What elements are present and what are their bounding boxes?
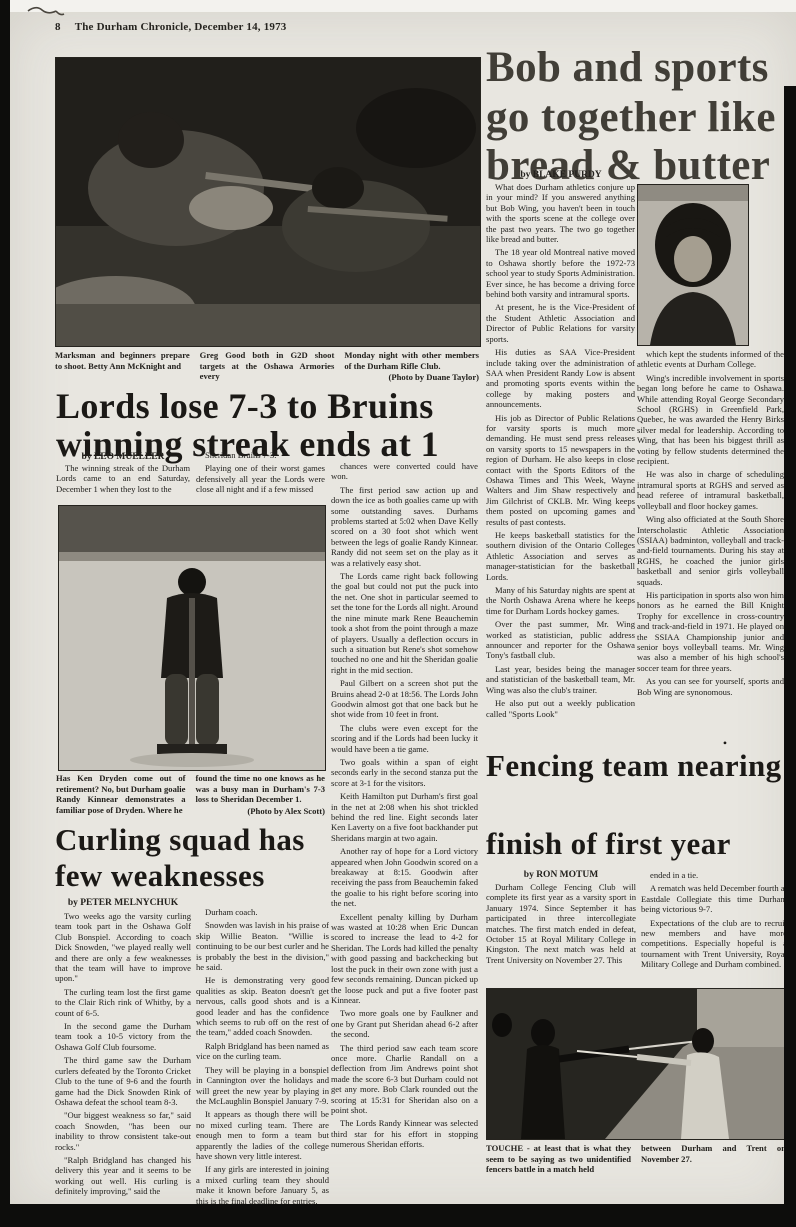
fencing-headline-line1: Fencing team nearing xyxy=(486,750,782,781)
lords-article-column-2: Sheridan Bruins 7-3.Playing one of their… xyxy=(196,450,325,498)
paragraph: The clubs were even except for the scori… xyxy=(331,723,478,754)
scan-edge-bottom xyxy=(0,1204,796,1227)
paragraph: Sheridan Bruins 7-3. xyxy=(196,450,325,460)
lords-byline: by LEO MUELLER xyxy=(56,452,190,462)
fencing-photo xyxy=(486,988,788,1140)
curling-article-column-1: Two weeks ago the varsity curling team t… xyxy=(55,911,191,1200)
fencing-headline-line2: finish of first year xyxy=(486,828,731,859)
paragraph: If any girls are interested in joining a… xyxy=(196,1164,329,1206)
paragraph: As you can see for yourself, sports and … xyxy=(637,676,784,697)
paragraph: The third period saw each team score onc… xyxy=(331,1043,478,1116)
paragraph: "Ralph Bridgland has changed his deliver… xyxy=(55,1155,191,1197)
bob-byline: by BLAKE PURDY xyxy=(486,170,636,180)
photo-credit: (Photo by Duane Taylor) xyxy=(344,372,479,383)
lords-article-column-3: chances were converted could have won.Th… xyxy=(331,461,478,1153)
paragraph: What does Durham athletics conjure up in… xyxy=(486,182,635,244)
paragraph: Snowden was lavish in his praise of skip… xyxy=(196,920,329,972)
newspaper-scan: { "page": { "number": "8", "masthead": "… xyxy=(0,0,796,1227)
paragraph: In the second game the Durham team took … xyxy=(55,1021,191,1052)
paragraph: A rematch was held December fourth at Ea… xyxy=(641,883,787,914)
scan-edge-right xyxy=(784,86,796,1227)
curling-headline-line1: Curling squad has xyxy=(55,824,305,855)
scan-edge-left xyxy=(0,0,10,1227)
paragraph: His duties as SAA Vice-President include… xyxy=(486,347,635,409)
paragraph: Excellent penalty killing by Durham was … xyxy=(331,912,478,1006)
pen-mark-icon xyxy=(26,3,72,19)
paragraph: Many of his Saturday nights are spent at… xyxy=(486,585,635,616)
paragraph: which kept the students informed of the … xyxy=(637,349,784,370)
bob-headline-line1: Bob and sports xyxy=(486,46,769,89)
masthead: 8The Durham Chronicle, December 14, 1973 xyxy=(55,21,287,33)
paragraph: It appears as though there will be no mi… xyxy=(196,1109,329,1161)
paragraph: Over the past summer, Mr. Wing worked as… xyxy=(486,619,635,661)
paragraph: Last year, besides being the manager and… xyxy=(486,664,635,695)
caption-text: Monday night with other members of the D… xyxy=(344,350,479,371)
paragraph: The curling team lost the first game to … xyxy=(55,987,191,1018)
fencing-byline: by RON MOTUM xyxy=(486,870,636,880)
photo-credit: (Photo by Alex Scott) xyxy=(196,806,326,817)
paragraph: chances were converted could have won. xyxy=(331,461,478,482)
paragraph: Durham coach. xyxy=(196,907,329,917)
masthead-title: The Durham Chronicle, December 14, 1973 xyxy=(75,21,287,33)
paragraph: He was also in charge of scheduling intr… xyxy=(637,469,784,511)
paragraph: They will be playing in a bonspiel in Ca… xyxy=(196,1065,329,1107)
paragraph: Two weeks ago the varsity curling team t… xyxy=(55,911,191,984)
paragraph: He is demonstrating very good qualities … xyxy=(196,975,329,1037)
caption-text: found the time no one knows as he was a … xyxy=(196,773,326,804)
caption-column: Monday night with other members of the D… xyxy=(344,350,479,383)
paragraph: Expectations of the club are to recruit … xyxy=(641,918,787,970)
rifle-photo-caption: Marksman and beginners prepare to shoot.… xyxy=(55,350,479,383)
paragraph: Two goals within a span of eight seconds… xyxy=(331,757,478,788)
curling-article-column-2: Durham coach.Snowden was lavish in his p… xyxy=(196,907,329,1209)
paragraph: Wing's incredible involvement in sports … xyxy=(637,373,784,467)
bob-wing-portrait-photo xyxy=(637,184,749,346)
paragraph: Keith Hamilton put Durham's first goal i… xyxy=(331,791,478,843)
paragraph: ended in a tie. xyxy=(641,870,787,880)
caption-column: TOUCHE - at least that is what they seem… xyxy=(486,1143,631,1175)
paragraph: Ralph Bridgland has been named as vice o… xyxy=(196,1041,329,1062)
curling-byline: by PETER MELNYCHUK xyxy=(55,898,191,908)
goalie-photo xyxy=(58,505,326,771)
paragraph: Playing one of their worst games defensi… xyxy=(196,463,325,494)
paragraph: "Our biggest weakness so far," said coac… xyxy=(55,1110,191,1152)
curling-headline-line2: few weaknesses xyxy=(55,860,265,891)
bob-article-column-2: which kept the students informed of the … xyxy=(637,349,784,700)
paragraph: His job as Director of Public Relations … xyxy=(486,413,635,527)
paragraph: Wing also officiated at the South Shore … xyxy=(637,514,784,587)
page-number: 8 xyxy=(55,21,61,33)
paragraph: His participation in sports also won him… xyxy=(637,590,784,673)
paragraph: The Lords came right back following the … xyxy=(331,571,478,675)
rifle-range-photo xyxy=(55,57,481,347)
paragraph: The third game saw the Durham curlers de… xyxy=(55,1055,191,1107)
lords-headline-line1: Lords lose 7-3 to Bruins xyxy=(56,388,434,424)
paragraph: The 18 year old Montreal native moved to… xyxy=(486,247,635,299)
fencing-article-column-2: ended in a tie.A rematch was held Decemb… xyxy=(641,870,787,973)
caption-column: Greg Good both in G2D shoot targets at t… xyxy=(200,350,335,383)
bob-headline-line3: bread & butter xyxy=(486,144,770,187)
paragraph: Two more goals one by Faulkner and one b… xyxy=(331,1008,478,1039)
paragraph: He also put out a weekly publication cal… xyxy=(486,698,635,719)
caption-column: found the time no one knows as he was a … xyxy=(196,773,326,816)
lords-article-column-1: The winning streak of the Durham Lords c… xyxy=(56,463,190,497)
paragraph: The first period saw action up and down … xyxy=(331,485,478,568)
caption-column: between Durham and Trent on November 27. xyxy=(641,1143,786,1175)
paragraph: Another ray of hope for a Lord victory a… xyxy=(331,846,478,908)
paragraph: At present, he is the Vice-President of … xyxy=(486,302,635,344)
paragraph: He keeps basketball statistics for the s… xyxy=(486,530,635,582)
caption-column: Marksman and beginners prepare to shoot.… xyxy=(55,350,190,383)
fencing-photo-caption: TOUCHE - at least that is what they seem… xyxy=(486,1143,786,1175)
fencing-article-column-1: Durham College Fencing Club will complet… xyxy=(486,882,636,968)
bob-headline-line2: go together like xyxy=(486,96,776,139)
paragraph: Durham College Fencing Club will complet… xyxy=(486,882,636,965)
caption-column: Has Ken Dryden come out of retirement? N… xyxy=(56,773,186,816)
paragraph: The Lords Randy Kinnear was selected thi… xyxy=(331,1118,478,1149)
bob-article-column-1: What does Durham athletics conjure up in… xyxy=(486,182,635,722)
paragraph: The winning streak of the Durham Lords c… xyxy=(56,463,190,494)
paragraph: Paul Gilbert on a screen shot put the Br… xyxy=(331,678,478,720)
goalie-photo-caption: Has Ken Dryden come out of retirement? N… xyxy=(56,773,325,816)
